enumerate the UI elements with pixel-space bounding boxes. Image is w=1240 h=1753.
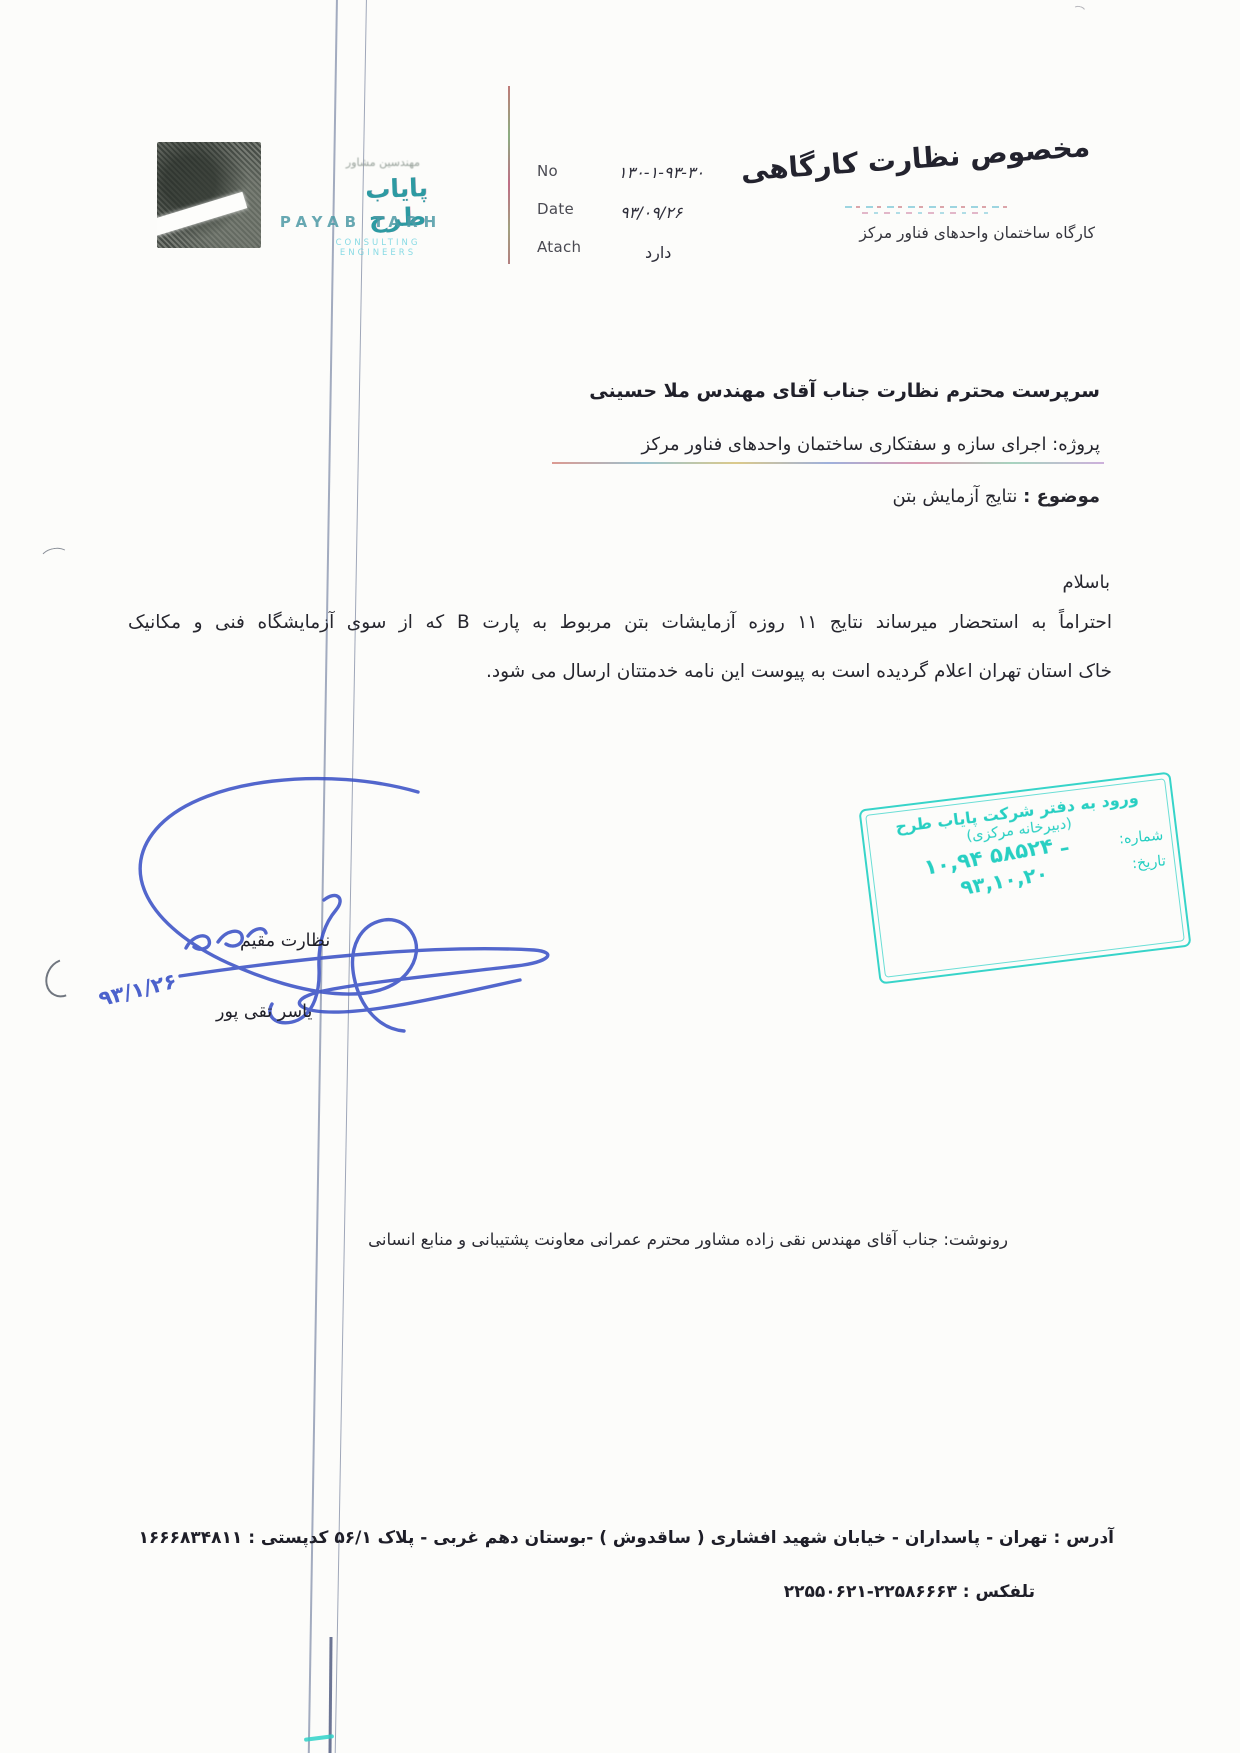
footer-telfax-value: ۲۲۵۵۰۶۲۱-۲۲۵۸۶۶۶۳ (784, 1582, 957, 1602)
subject-label: موضوع : (1023, 486, 1100, 507)
logo-consultants-label: مهندسین مشاور (316, 156, 450, 169)
date-label: Date (537, 200, 574, 218)
attach-value: دارد (645, 243, 671, 262)
no-value: ۱۳۰-۱-۹۳-۳۰ (618, 163, 704, 182)
body-line-2: خاک استان تهران اعلام گردیده است به پیوس… (486, 661, 1112, 682)
project-underline (552, 462, 1104, 464)
attach-label: Atach (537, 238, 581, 256)
header-handwritten-title: مخصوص نظارت کارگاهی (740, 130, 1091, 187)
subject-line: موضوع : نتایج آزمایش بتن (892, 486, 1100, 507)
logo-stripe (157, 192, 247, 237)
scan-mark-arc-top (38, 546, 71, 571)
logo-tagline: CONSULTING ENGINEERS (296, 238, 460, 258)
entry-stamp-inner: ورود به دفتر شرکت پایاب طرح (دبیرخانه مر… (865, 778, 1185, 978)
letterhead-divider-line (508, 86, 510, 264)
logo-image (157, 142, 261, 248)
signature-ink (88, 730, 568, 1060)
header-underline-2 (862, 212, 994, 214)
body-line-1: احتراماً به استحضار میرساند نتایج ۱۱ روز… (128, 612, 1112, 633)
entry-stamp: ورود به دفتر شرکت پایاب طرح (دبیرخانه مر… (858, 772, 1191, 985)
footer-telfax-label: تلفکس : (963, 1582, 1035, 1602)
no-label: No (537, 162, 558, 180)
stamp-date-label: تاریخ: (1132, 853, 1167, 872)
scanned-letter-page: مهندسین مشاور پایاب طرح PAYAB TARH CONSU… (0, 0, 1240, 1753)
resident-supervision-label: نظارت مقیم (240, 931, 330, 951)
header-subtitle: کارگاه ساختمان واحدهای فناور مرکز (859, 224, 1095, 242)
signer-name: یاسر تقی پور (216, 1002, 312, 1022)
subject-value: نتایج آزمایش بتن (892, 486, 1017, 507)
logo-brand-english: PAYAB TARH (266, 213, 456, 231)
project-line: پروژه: اجرای سازه و سفتکاری ساختمان واحد… (642, 434, 1101, 455)
salutation: باسلام (1063, 572, 1110, 593)
scan-mark-corner (1071, 4, 1087, 18)
scan-mark-arc-bottom (39, 952, 88, 1003)
header-underline-1 (845, 206, 1013, 208)
stamp-number-label: شماره: (1118, 828, 1164, 848)
footer-telfax: تلفکس : ۲۲۵۵۰۶۲۱-۲۲۵۸۶۶۶۳ (784, 1582, 1035, 1602)
date-value: ۹۳/۰۹/۲۶ (620, 203, 682, 222)
cc-line: رونوشت: جناب آقای مهندس نقی زاده مشاور م… (368, 1230, 1008, 1249)
addressee-line: سرپرست محترم نظارت جناب آقای مهندس ملا ح… (589, 380, 1100, 402)
footer-address: آدرس : تهران - پاسداران - خیابان شهید اف… (139, 1528, 1114, 1548)
